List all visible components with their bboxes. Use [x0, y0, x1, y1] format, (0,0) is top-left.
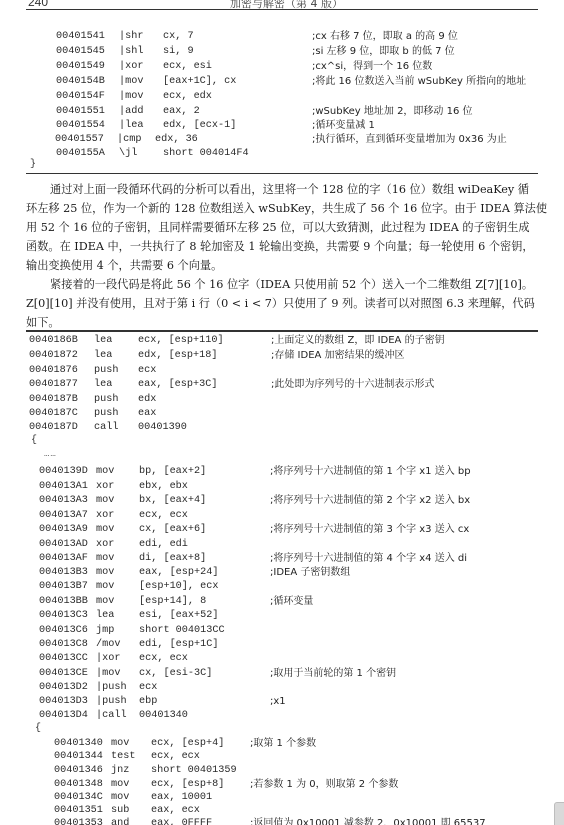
- code-address: 004013B7: [39, 580, 88, 593]
- code-comment: ;将序列号十六进制值的第 4 个字 x4 送入 di: [270, 552, 467, 565]
- code-address: 00401557: [55, 133, 104, 146]
- code-operands: si, 9: [163, 45, 194, 58]
- inner-open-brace: {: [35, 723, 41, 734]
- book-title: 加密与解密（第 4 版）: [230, 0, 343, 11]
- code-address: 0040187D: [29, 421, 78, 434]
- code-opcode: push: [94, 364, 118, 377]
- code-line: 00401557 |cmp edx, 36 ;执行循环，直到循环变量增加为 0x…: [26, 133, 50, 146]
- paragraph-line: 输出变换使用 4 个，共需要 6 个向量。: [26, 256, 536, 275]
- code-operands: eax: [138, 407, 156, 420]
- code-comment: ;循环变量减 1: [312, 119, 375, 132]
- code-opcode: mov: [111, 737, 129, 750]
- code-line: 0040187B push edx: [26, 393, 50, 406]
- paragraph-subkey-analysis: 通过对上面一段循环代码的分析可以看出，这里将一个 128 位的字（16 位）数组…: [26, 180, 536, 275]
- code-address: 004013B3: [39, 566, 88, 579]
- code-address: 00401344: [54, 750, 103, 763]
- code-line: 00401554 |lea edx, [ecx-1] ;循环变量减 1: [26, 119, 50, 132]
- code-address: 00401340: [54, 737, 103, 750]
- code-line: 00401551 |add eax, 2 ;wSubKey 地址加 2，即移动 …: [26, 105, 50, 118]
- code-address: 0040187C: [29, 407, 78, 420]
- code-opcode: |shr: [119, 30, 143, 43]
- code-address: 0040155A: [56, 147, 105, 160]
- code-operands: edx, [esp+18]: [138, 349, 217, 362]
- code-operands: 00401390: [138, 421, 187, 434]
- page-number: 240: [28, 0, 48, 9]
- code-address: 00401876: [29, 364, 78, 377]
- code-line: 00401877 lea eax, [esp+3C] ;此处即为序列号的十六进制…: [26, 378, 50, 391]
- code-opcode: mov: [96, 566, 114, 579]
- code-comment: ;存储 IDEA 加密结果的缓冲区: [271, 349, 405, 362]
- code-opcode: |xor: [119, 60, 143, 73]
- code-address: 00401877: [29, 378, 78, 391]
- code-operands: ecx, ecx: [151, 750, 200, 763]
- page-header: 240 加密与解密（第 4 版）: [26, 0, 538, 10]
- code-comment: ;x1: [270, 695, 286, 708]
- code-operands: edx, [ecx-1]: [163, 119, 236, 132]
- code-opcode: mov: [96, 523, 114, 536]
- code-operands: ecx: [138, 364, 156, 377]
- code-operands: ecx, [esp+4]: [151, 737, 224, 750]
- code-opcode: push: [94, 393, 118, 406]
- code-opcode: |lea: [119, 119, 143, 132]
- code-address: 004013A9: [39, 523, 88, 536]
- code-line: 0040154B |mov [eax+1C], cx ;将此 16 位数送入当前…: [26, 75, 50, 88]
- code-opcode: lea: [94, 349, 112, 362]
- code-comment: ;将序列号十六进制值的第 3 个字 x3 送入 cx: [270, 523, 469, 536]
- code-address: 004013D4: [39, 709, 88, 722]
- code-block-top-rule: [26, 330, 538, 332]
- code-operands: eax, ecx: [151, 804, 200, 817]
- paragraph-line: 用 52 个 16 位的子密钥，且同样需要循环左移 25 位，可以大致猜测，此过…: [26, 218, 536, 237]
- code-comment: ;将序列号十六进制值的第 2 个字 x2 送入 bx: [270, 494, 470, 507]
- code-opcode: mov: [96, 595, 114, 608]
- code-operands: short 004014F4: [163, 147, 249, 160]
- code-operands: ebx, ebx: [139, 480, 188, 493]
- code-opcode: test: [111, 750, 135, 763]
- code-comment: ;执行循环，直到循环变量增加为 0x36 为止: [312, 133, 507, 146]
- code-opcode: lea: [94, 334, 112, 347]
- code-address: 00401541: [56, 30, 105, 43]
- code-operands: eax, [esp+3C]: [138, 378, 217, 391]
- code-operands: [esp+14], 8: [139, 595, 206, 608]
- code-address: 004013A7: [39, 509, 88, 522]
- code-address: 00401554: [56, 119, 105, 132]
- code-opcode: jnz: [111, 764, 129, 777]
- code-address: 004013D3: [39, 695, 88, 708]
- code-comment: ;将此 16 位数送入当前 wSubKey 所指向的地址: [312, 75, 526, 88]
- code-ellipsis: ……: [44, 449, 57, 459]
- code-comment: ;若参数 1 为 0，则取第 2 个参数: [250, 778, 398, 791]
- code-operands: eax, 0FFFF: [151, 817, 212, 825]
- code-opcode: |shl: [119, 45, 143, 58]
- scrollbar-thumb[interactable]: [554, 802, 564, 825]
- code-opcode: xor: [96, 480, 114, 493]
- code-line: 0040154F |mov ecx, edx: [26, 90, 50, 103]
- code-opcode: mov: [96, 580, 114, 593]
- code-address: 00401872: [29, 349, 78, 362]
- code-operands: ecx, [esp+8]: [151, 778, 224, 791]
- code-address: 004013CC: [39, 652, 88, 665]
- code-line: 0040186B lea ecx, [esp+110] ;上面定义的数组 Z，即…: [26, 334, 50, 347]
- code-comment: ;取第 1 个参数: [250, 737, 316, 750]
- code-operands: di, [eax+8]: [139, 552, 206, 565]
- code-block-bottom-rule: [26, 173, 538, 174]
- paragraph-line: Z[0][10] 并没有使用，且对于第 i 行（0 < i < 7）只使用了 9…: [26, 294, 536, 313]
- code-operands: [esp+10], ecx: [139, 580, 218, 593]
- code-operands: bp, [eax+2]: [139, 465, 206, 478]
- code-opcode: |mov: [119, 90, 143, 103]
- code-operands: ecx, ecx: [139, 509, 188, 522]
- code-opcode: mov: [111, 791, 129, 804]
- code-line: 00401872 lea edx, [esp+18] ;存储 IDEA 加密结果…: [26, 349, 50, 362]
- code-address: 004013D2: [39, 681, 88, 694]
- code-address: 0040154B: [56, 75, 105, 88]
- code-address: 004013CE: [39, 667, 88, 680]
- code-address: 004013C6: [39, 624, 88, 637]
- code-opcode: |push: [96, 695, 127, 708]
- code-operands: ecx, esi: [163, 60, 212, 73]
- code-opcode: lea: [96, 609, 114, 622]
- code-opcode: xor: [96, 538, 114, 551]
- code-operands: edx: [138, 393, 156, 406]
- code-address: 004013AD: [39, 538, 88, 551]
- code-opcode: |push: [96, 681, 127, 694]
- code-operands: ecx, ecx: [139, 652, 188, 665]
- code-address: 00401353: [54, 817, 103, 825]
- code-line: 0040187D call 00401390: [26, 421, 50, 434]
- code-address: 0040154F: [56, 90, 105, 103]
- paragraph-line: 环左移 25 位，作为一个新的 128 位数组送入 wSubKey，共生成了 5…: [26, 199, 536, 218]
- code-address: 004013BB: [39, 595, 88, 608]
- code-comment: ;si 左移 9 位，即取 b 的低 7 位: [312, 45, 455, 58]
- code-opcode: |cmp: [117, 133, 141, 146]
- code-comment: ;此处即为序列号的十六进制表示形式: [271, 378, 434, 391]
- open-brace: {: [31, 435, 37, 446]
- code-operands: esi, [eax+52]: [139, 609, 218, 622]
- code-operands: ecx, edx: [163, 90, 212, 103]
- code-address: 004013A1: [39, 480, 88, 493]
- paragraph-line: 通过对上面一段循环代码的分析可以看出，这里将一个 128 位的字（16 位）数组…: [26, 180, 536, 199]
- paragraph-line: 函数。在 IDEA 中，一共执行了 8 轮加密及 1 轮输出变换，共需要 9 个…: [26, 237, 536, 256]
- code-comment: ;返回值为 0x10001 减参数 2，0x10001 即 65537: [250, 817, 486, 825]
- code-comment: ;循环变量: [270, 595, 313, 608]
- code-opcode: mov: [111, 778, 129, 791]
- code-opcode: \jl: [119, 147, 137, 160]
- code-operands: short 004013CC: [139, 624, 225, 637]
- code-operands: [eax+1C], cx: [163, 75, 236, 88]
- code-comment: ;上面定义的数组 Z，即 IDEA 的子密钥: [271, 334, 445, 347]
- code-opcode: |add: [119, 105, 143, 118]
- code-address: 0040186B: [29, 334, 78, 347]
- code-opcode: push: [94, 407, 118, 420]
- code-comment: ;将序列号十六进制值的第 1 个字 x1 送入 bp: [270, 465, 471, 478]
- code-line: 00401549 |xor ecx, esi ;cx^si，得到一个 16 位数: [26, 60, 50, 73]
- code-opcode: jmp: [96, 624, 114, 637]
- code-operands: ebp: [139, 695, 157, 708]
- code-address: 00401551: [56, 105, 105, 118]
- code-comment: ;wSubKey 地址加 2，即移动 16 位: [312, 105, 473, 118]
- closing-brace: }: [30, 159, 36, 170]
- code-operands: eax, [esp+24]: [139, 566, 218, 579]
- code-comment: ;cx 右移 7 位，即取 a 的高 9 位: [312, 30, 458, 43]
- code-operands: ecx, [esp+110]: [138, 334, 224, 347]
- code-operands: edi, [esp+1C]: [139, 638, 218, 651]
- code-operands: cx, [esi-3C]: [139, 667, 212, 680]
- code-operands: cx, [eax+6]: [139, 523, 206, 536]
- code-operands: bx, [eax+4]: [139, 494, 206, 507]
- code-opcode: sub: [111, 804, 129, 817]
- code-comment: ;IDEA 子密钥数组: [270, 566, 350, 579]
- code-opcode: /mov: [96, 638, 120, 651]
- code-opcode: lea: [94, 378, 112, 391]
- code-address: 004013A3: [39, 494, 88, 507]
- code-opcode: |mov: [119, 75, 143, 88]
- code-operands: 00401340: [139, 709, 188, 722]
- code-opcode: |call: [96, 709, 127, 722]
- code-comment: ;取用于当前轮的第 1 个密钥: [270, 667, 396, 680]
- code-address: 004013C3: [39, 609, 88, 622]
- code-operands: short 00401359: [151, 764, 237, 777]
- code-line: 00401541 |shr cx, 7 ;cx 右移 7 位，即取 a 的高 9…: [26, 30, 50, 43]
- code-opcode: mov: [96, 494, 114, 507]
- code-operands: ecx: [139, 681, 157, 694]
- code-address: 004013AF: [39, 552, 88, 565]
- code-opcode: and: [111, 817, 129, 825]
- code-opcode: call: [94, 421, 118, 434]
- code-opcode: xor: [96, 509, 114, 522]
- code-operands: eax, 10001: [151, 791, 212, 804]
- paragraph-z-array: 紧接着的一段代码是将此 56 个 16 位字（IDEA 只使用前 52 个）送入…: [26, 275, 536, 332]
- code-opcode: mov: [96, 552, 114, 565]
- code-address: 0040139D: [39, 465, 88, 478]
- code-line: 00401545 |shl si, 9 ;si 左移 9 位，即取 b 的低 7…: [26, 45, 50, 58]
- code-address: 00401545: [56, 45, 105, 58]
- code-address: 00401348: [54, 778, 103, 791]
- code-opcode: |mov: [96, 667, 120, 680]
- paragraph-line: 紧接着的一段代码是将此 56 个 16 位字（IDEA 只使用前 52 个）送入…: [26, 275, 536, 294]
- code-line: 0040187C push eax: [26, 407, 50, 420]
- code-line: 00401876 push ecx: [26, 364, 50, 377]
- code-opcode: |xor: [96, 652, 120, 665]
- code-comment: ;cx^si，得到一个 16 位数: [312, 60, 432, 73]
- code-operands: edi, edi: [139, 538, 188, 551]
- code-address: 00401549: [56, 60, 105, 73]
- code-opcode: mov: [96, 465, 114, 478]
- code-operands: edx, 36: [155, 133, 198, 146]
- code-address: 004013C8: [39, 638, 88, 651]
- code-operands: eax, 2: [163, 105, 200, 118]
- code-address: 00401346: [54, 764, 103, 777]
- code-operands: cx, 7: [163, 30, 194, 43]
- code-address: 00401351: [54, 804, 103, 817]
- code-address: 0040134C: [54, 791, 103, 804]
- code-address: 0040187B: [29, 393, 78, 406]
